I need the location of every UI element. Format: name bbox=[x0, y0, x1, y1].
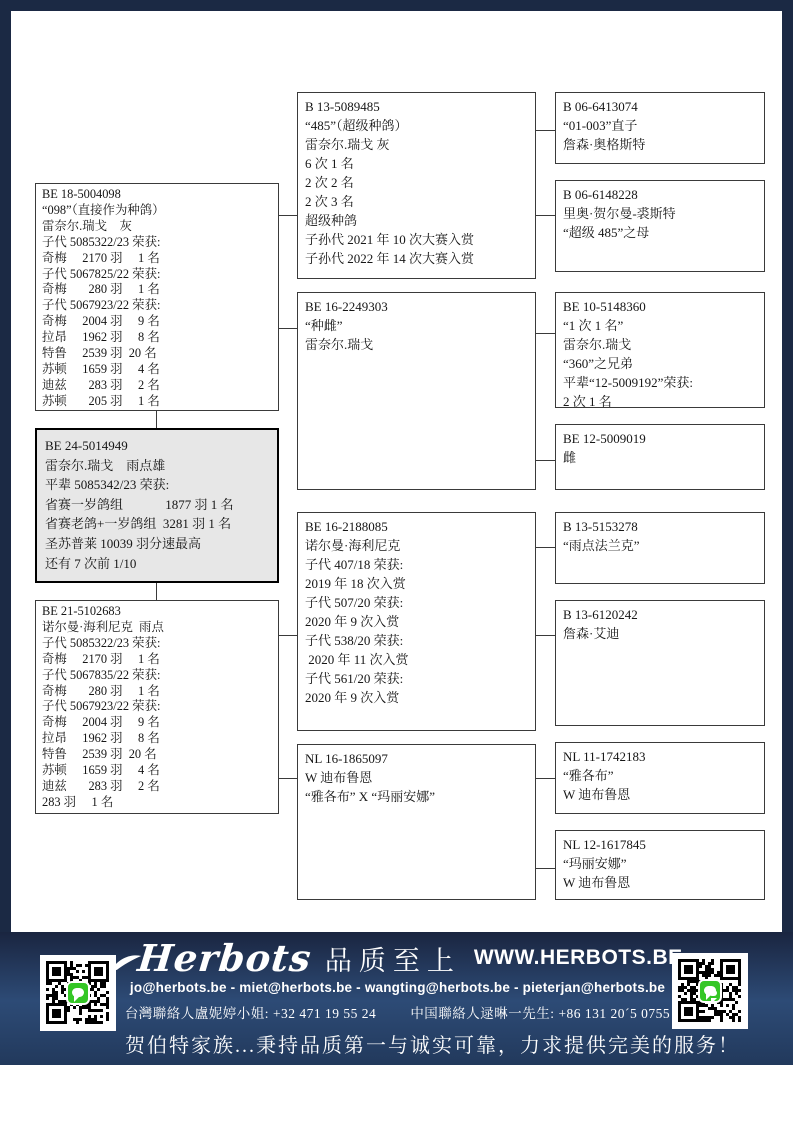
pedigree-box-subject: BE 24-5014949雷奈尔.瑞戈 雨点雄平辈 5085342/23 荣获:… bbox=[35, 428, 279, 583]
pedigree-text-line: 詹森·奥格斯特 bbox=[563, 135, 757, 154]
connector-line bbox=[536, 215, 555, 216]
pedigree-box-sire-sire-sire: B 06-6413074“01-003”直子詹森·奥格斯特 bbox=[555, 92, 765, 164]
pedigree-text-line: 奇梅 2170 羽 1 名 bbox=[42, 251, 272, 267]
pedigree-text-line: BE 18-5004098 bbox=[42, 187, 272, 203]
wechat-icon bbox=[698, 979, 722, 1003]
herbots-logo: Herbots bbox=[110, 936, 314, 980]
pedigree-text-line: 苏顿 205 羽 1 名 bbox=[42, 394, 272, 410]
pedigree-text-line: 雷奈尔.瑞戈 灰 bbox=[305, 135, 528, 154]
connector-line bbox=[156, 410, 157, 428]
pedigree-text-line: 奇梅 2170 羽 1 名 bbox=[42, 652, 272, 668]
pedigree-text-line: 2020 年 9 次入赏 bbox=[305, 612, 528, 631]
pedigree-text-line: 子代 5067825/22 荣获: bbox=[42, 267, 272, 283]
pedigree-text-line: 2 次 1 名 bbox=[563, 392, 757, 408]
pedigree-text-line: BE 16-2188085 bbox=[305, 517, 528, 536]
pedigree-text-line: “雅各布” bbox=[563, 766, 757, 785]
pedigree-page: BE 18-5004098“098”（直接作为种鸽）雷奈尔.瑞戈 灰子代 508… bbox=[0, 0, 793, 1122]
pedigree-text-line: “360”之兄弟 bbox=[563, 354, 757, 373]
pedigree-text-line: 诺尔曼·海利尼克 bbox=[305, 536, 528, 555]
connector-line bbox=[536, 778, 555, 779]
pedigree-text-line: 子代 407/18 荣获: bbox=[305, 555, 528, 574]
pedigree-text-line: B 13-5089485 bbox=[305, 97, 528, 116]
pedigree-text-line: 平辈 5085342/23 荣获: bbox=[45, 475, 269, 495]
footer-website: WWW.HERBOTS.BE bbox=[474, 946, 683, 970]
pedigree-text-line: 还有 7 次前 1/10 bbox=[45, 554, 269, 574]
pedigree-text-line: 雷奈尔.瑞戈 bbox=[563, 335, 757, 354]
pedigree-text-line: 子代 507/20 荣获: bbox=[305, 593, 528, 612]
pedigree-text-line: 子代 5067923/22 荣获: bbox=[42, 298, 272, 314]
pedigree-text-line: W 迪布鲁恩 bbox=[305, 768, 528, 787]
pedigree-text-line: “485”（超级种鸽） bbox=[305, 116, 528, 135]
pedigree-text-line: 雷奈尔.瑞戈 灰 bbox=[42, 219, 272, 235]
qr-code-line bbox=[40, 955, 116, 1031]
pedigree-text-line: B 06-6413074 bbox=[563, 97, 757, 116]
page-border-left bbox=[0, 0, 11, 932]
pedigree-text-line: BE 24-5014949 bbox=[45, 436, 269, 456]
pedigree-box-sire: BE 18-5004098“098”（直接作为种鸽）雷奈尔.瑞戈 灰子代 508… bbox=[35, 183, 279, 411]
pedigree-text-line: 奇梅 2004 羽 9 名 bbox=[42, 715, 272, 731]
pedigree-text-line: B 06-6148228 bbox=[563, 185, 757, 204]
pedigree-text-line: 子代 538/20 荣获: bbox=[305, 631, 528, 650]
page-border-top bbox=[0, 0, 793, 11]
connector-line bbox=[536, 130, 555, 131]
pedigree-text-line: “01-003”直子 bbox=[563, 116, 757, 135]
connector-line bbox=[536, 547, 555, 548]
footer-contacts: 台灣聯絡人盧妮婷小姐: +32 471 19 55 24 中国聯絡人逯晽一先生:… bbox=[125, 1002, 670, 1022]
pedigree-text-line: 迪兹 283 羽 2 名 bbox=[42, 378, 272, 394]
pedigree-box-dam-sire-dam: B 13-6120242詹森·艾迪 bbox=[555, 600, 765, 726]
pedigree-text-line: 省赛一岁鸽组 1877 羽 1 名 bbox=[45, 495, 269, 515]
pedigree-text-line: 子代 5067835/22 荣获: bbox=[42, 668, 272, 684]
pedigree-box-sire-dam: BE 16-2249303“种雌”雷奈尔.瑞戈 bbox=[297, 292, 536, 490]
connector-line bbox=[536, 868, 555, 869]
pedigree-text-line: 6 次 1 名 bbox=[305, 154, 528, 173]
pedigree-text-line: 省赛老鸽+一岁鸽组 3281 羽 1 名 bbox=[45, 514, 269, 534]
pedigree-box-dam-dam-sire: NL 11-1742183“雅各布”W 迪布鲁恩 bbox=[555, 742, 765, 814]
pedigree-text-line: 雌 bbox=[563, 448, 757, 467]
pedigree-text-line: 2019 年 18 次入赏 bbox=[305, 574, 528, 593]
speech-bubble-icon bbox=[72, 988, 84, 997]
pedigree-box-sire-dam-dam: BE 12-5009019雌 bbox=[555, 424, 765, 490]
pedigree-text-line: 子孙代 2021 年 10 次大赛入赏 bbox=[305, 230, 528, 249]
pedigree-text-line: NL 11-1742183 bbox=[563, 747, 757, 766]
pedigree-text-line: 雷奈尔.瑞戈 雨点雄 bbox=[45, 456, 269, 476]
pedigree-text-line: 苏顿 1659 羽 4 名 bbox=[42, 362, 272, 378]
pedigree-text-line: BE 10-5148360 bbox=[563, 297, 757, 316]
pedigree-text-line: 拉昂 1962 羽 8 名 bbox=[42, 731, 272, 747]
footer-content: Herbots 品质至上 WWW.HERBOTS.BE jo@herbots.b… bbox=[125, 937, 670, 1058]
pedigree-text-line: 平辈“12-5009192”荣获: bbox=[563, 373, 757, 392]
pedigree-text-line: 里奥·贺尔曼-裘斯特 bbox=[563, 204, 757, 223]
line-icon bbox=[66, 981, 90, 1005]
pedigree-text-line: 2020 年 9 次入赏 bbox=[305, 688, 528, 707]
pedigree-box-dam-dam: NL 16-1865097W 迪布鲁恩“雅各布” X “玛丽安娜” bbox=[297, 744, 536, 900]
pedigree-text-line: “雨点法兰克” bbox=[563, 536, 757, 555]
connector-line bbox=[536, 333, 555, 334]
pedigree-text-line: 圣苏普莱 10039 羽分速最高 bbox=[45, 534, 269, 554]
pedigree-text-line: 迪兹 283 羽 2 名 bbox=[42, 779, 272, 795]
connector-line bbox=[279, 215, 297, 216]
pedigree-box-sire-dam-sire: BE 10-5148360“1 次 1 名”雷奈尔.瑞戈“360”之兄弟平辈“1… bbox=[555, 292, 765, 408]
connector-line bbox=[156, 583, 157, 600]
pedigree-text-line: 奇梅 2004 羽 9 名 bbox=[42, 314, 272, 330]
footer-tagline: 贺伯特家族...秉持品质第一与诚实可靠，力求提供完美的服务！ bbox=[125, 1029, 670, 1058]
page-border-right bbox=[782, 0, 793, 932]
pedigree-text-line: 子代 5067923/22 荣获: bbox=[42, 699, 272, 715]
pedigree-text-line: 子孙代 2022 年 14 次大赛入赏 bbox=[305, 249, 528, 268]
pedigree-box-dam-sire: BE 16-2188085诺尔曼·海利尼克子代 407/18 荣获:2019 年… bbox=[297, 512, 536, 731]
connector-line bbox=[536, 460, 555, 461]
pedigree-text-line: 苏顿 1659 羽 4 名 bbox=[42, 763, 272, 779]
pedigree-text-line: 特鲁 2539 羽 20 名 bbox=[42, 747, 272, 763]
speech-bubble-icon bbox=[709, 990, 717, 996]
footer-logo-row: Herbots 品质至上 WWW.HERBOTS.BE bbox=[125, 937, 670, 979]
contact-taiwan: 台灣聯絡人盧妮婷小姐: +32 471 19 55 24 bbox=[125, 1002, 377, 1022]
pedigree-box-dam-dam-dam: NL 12-1617845“玛丽安娜”W 迪布鲁恩 bbox=[555, 830, 765, 900]
footer-slogan: 品质至上 bbox=[325, 939, 461, 978]
pedigree-text-line: W 迪布鲁恩 bbox=[563, 873, 757, 892]
pedigree-text-line: BE 21-5102683 bbox=[42, 604, 272, 620]
pedigree-text-line: “雅各布” X “玛丽安娜” bbox=[305, 787, 528, 806]
connector-line bbox=[279, 635, 297, 636]
pedigree-text-line: NL 12-1617845 bbox=[563, 835, 757, 854]
herbots-logo-text: Herbots bbox=[136, 936, 314, 980]
pedigree-text-line: 283 羽 1 名 bbox=[42, 795, 272, 811]
qr-code-wechat bbox=[672, 953, 748, 1029]
pedigree-text-line: “种雌” bbox=[305, 316, 528, 335]
pedigree-text-line: 子代 5085322/23 荣获: bbox=[42, 235, 272, 251]
pedigree-text-line: BE 16-2249303 bbox=[305, 297, 528, 316]
pedigree-text-line: 拉昂 1962 羽 8 名 bbox=[42, 330, 272, 346]
pedigree-text-line: 子代 5085322/23 荣获: bbox=[42, 636, 272, 652]
pedigree-text-line: 奇梅 280 羽 1 名 bbox=[42, 282, 272, 298]
pedigree-box-dam-sire-sire: B 13-5153278“雨点法兰克” bbox=[555, 512, 765, 584]
pedigree-text-line: 2 次 2 名 bbox=[305, 173, 528, 192]
pedigree-box-dam: BE 21-5102683诺尔曼·海利尼克 雨点子代 5085322/23 荣获… bbox=[35, 600, 279, 814]
footer-emails: jo@herbots.be - miet@herbots.be - wangti… bbox=[125, 980, 670, 995]
pedigree-text-line: 超级种鸽 bbox=[305, 211, 528, 230]
pedigree-text-line: “玛丽安娜” bbox=[563, 854, 757, 873]
pedigree-text-line: W 迪布鲁恩 bbox=[563, 785, 757, 804]
footer-band: Herbots 品质至上 WWW.HERBOTS.BE jo@herbots.b… bbox=[0, 932, 793, 1065]
pedigree-text-line: B 13-5153278 bbox=[563, 517, 757, 536]
pedigree-text-line: 奇梅 280 羽 1 名 bbox=[42, 684, 272, 700]
pedigree-text-line: B 13-6120242 bbox=[563, 605, 757, 624]
pedigree-text-line: “1 次 1 名” bbox=[563, 316, 757, 335]
pedigree-text-line: 雷奈尔.瑞戈 bbox=[305, 335, 528, 354]
connector-line bbox=[536, 635, 555, 636]
pedigree-text-line: “098”（直接作为种鸽） bbox=[42, 203, 272, 219]
pedigree-text-line: 子代 561/20 荣获: bbox=[305, 669, 528, 688]
pedigree-text-line: NL 16-1865097 bbox=[305, 749, 528, 768]
pedigree-text-line: BE 12-5009019 bbox=[563, 429, 757, 448]
pedigree-box-sire-sire: B 13-5089485“485”（超级种鸽）雷奈尔.瑞戈 灰6 次 1 名2 … bbox=[297, 92, 536, 279]
connector-line bbox=[279, 778, 297, 779]
connector-line bbox=[279, 328, 297, 329]
pedigree-text-line: “超级 485”之母 bbox=[563, 223, 757, 242]
pedigree-box-sire-sire-dam: B 06-6148228里奥·贺尔曼-裘斯特“超级 485”之母 bbox=[555, 180, 765, 272]
pedigree-text-line: 2 次 3 名 bbox=[305, 192, 528, 211]
pedigree-text-line: 特鲁 2539 羽 20 名 bbox=[42, 346, 272, 362]
contact-china: 中国聯絡人逯晽一先生: +86 131 20´5 0755 bbox=[410, 1002, 670, 1022]
pedigree-text-line: 詹森·艾迪 bbox=[563, 624, 757, 643]
pedigree-text-line: 2020 年 11 次入赏 bbox=[305, 650, 528, 669]
pedigree-text-line: 诺尔曼·海利尼克 雨点 bbox=[42, 620, 272, 636]
